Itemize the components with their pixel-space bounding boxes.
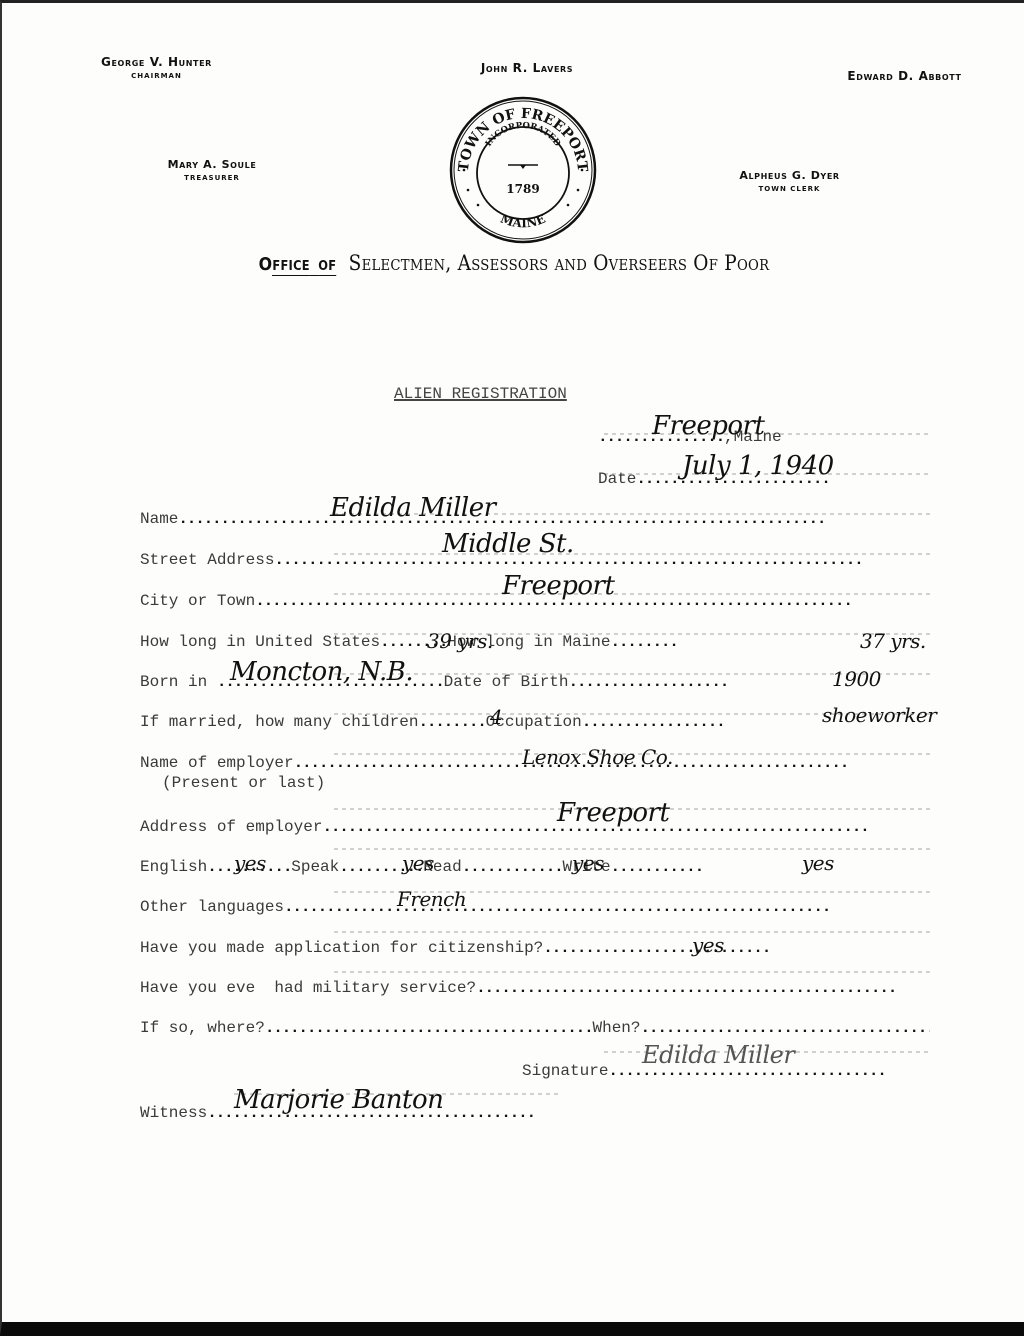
official-name: Mary A. Soule <box>147 158 277 171</box>
other-languages-value[interactable]: French <box>397 887 466 911</box>
employer-sublabel: (Present or last) <box>162 774 952 798</box>
date-value[interactable]: July 1, 1940 <box>682 451 834 481</box>
city-value[interactable]: Freeport <box>502 571 614 601</box>
english-value[interactable]: yes <box>234 851 266 875</box>
official-chairman: George V. Hunter Chairman <box>74 55 239 80</box>
field-label: How long in United States <box>140 633 380 651</box>
family-occupation-field[interactable]: If married, how many children........Occ… <box>140 713 930 737</box>
field-label: Other languages <box>140 898 284 916</box>
official-role: Town Clerk <box>712 185 867 193</box>
field-label: Street Address <box>140 551 274 569</box>
military-details-field[interactable]: If so, where?...........................… <box>140 1019 930 1043</box>
field-label: Date of Birth <box>444 673 569 691</box>
citizenship-field[interactable]: Have you made application for citizenshi… <box>140 939 930 963</box>
write-value[interactable]: yes <box>802 851 834 875</box>
field-label: When? <box>593 1019 641 1037</box>
field-label: Name of employer <box>140 754 294 772</box>
speak-value[interactable]: yes <box>402 851 434 875</box>
occupation-value[interactable]: shoeworker <box>822 703 936 727</box>
birthplace-value[interactable]: Moncton, N.B. <box>230 657 413 687</box>
official-name: George V. Hunter <box>74 55 239 69</box>
field-label: Have you eve had military service? <box>140 979 476 997</box>
date-of-birth-value[interactable]: 1900 <box>832 667 881 691</box>
other-languages-field[interactable]: Other languages.........................… <box>140 898 930 922</box>
field-label: If married, how many children <box>140 713 418 731</box>
official-member: Edward D. Abbott <box>817 69 992 83</box>
years-in-maine-value[interactable]: 37 yrs. <box>860 629 926 653</box>
field-label: City or Town <box>140 592 255 610</box>
town-field[interactable]: ...............,Maine <box>598 428 938 452</box>
citizenship-value[interactable]: yes <box>692 933 724 957</box>
field-label: Signature <box>522 1062 608 1080</box>
town-value[interactable]: Freeport <box>652 411 764 441</box>
field-label: English <box>140 858 207 876</box>
field-label: Name <box>140 510 178 528</box>
official-role: Treasurer <box>147 174 277 182</box>
name-value[interactable]: Edilda Miller <box>330 493 496 523</box>
years-in-us-value[interactable]: 39 yrs. <box>427 629 493 653</box>
official-treasurer: Mary A. Soule Treasurer <box>147 158 277 182</box>
official-name: Alpheus G. Dyer <box>712 169 867 182</box>
read-value[interactable]: yes <box>572 851 604 875</box>
field-label: If so, where? <box>140 1019 265 1037</box>
military-service-field[interactable]: Have you eve had military service?......… <box>140 979 930 1003</box>
children-value[interactable]: 4 <box>490 705 502 729</box>
employer-value[interactable]: Lenox Shoe Co. <box>522 745 673 769</box>
street-address-value[interactable]: Middle St. <box>442 529 574 559</box>
date-label: Date <box>598 470 636 488</box>
field-label: Speak <box>291 858 339 876</box>
svg-text:MAINE: MAINE <box>498 212 547 231</box>
field-label: Address of employer <box>140 818 322 836</box>
field-label: Have you made application for citizenshi… <box>140 939 543 957</box>
document-page: George V. Hunter Chairman John R. Lavers… <box>0 0 1024 1336</box>
witness-value[interactable]: Marjorie Banton <box>234 1085 443 1115</box>
official-member: John R. Lavers <box>452 61 602 75</box>
signature-value[interactable]: Edilda Miller <box>642 1041 794 1069</box>
official-role: Chairman <box>74 72 239 80</box>
town-seal-icon: TOWN OF FREEPORT INCORPORATED 1789 MAINE <box>448 95 598 245</box>
residence-duration-field[interactable]: How long in United States........How lon… <box>140 633 930 657</box>
field-label: Witness <box>140 1104 207 1122</box>
employer-address-field[interactable]: Address of employer.....................… <box>140 818 930 842</box>
field-label: Born in <box>140 673 207 691</box>
form-title: ALIEN REGISTRATION <box>394 385 567 403</box>
office-title: Selectmen, Assessors and Overseers Of Po… <box>349 251 770 275</box>
official-name: Edward D. Abbott <box>817 69 992 83</box>
official-name: John R. Lavers <box>452 61 602 75</box>
office-heading: OFFICE OF Selectmen, Assessors and Overs… <box>63 251 964 275</box>
svg-text:1789: 1789 <box>506 182 539 196</box>
employer-address-value[interactable]: Freeport <box>557 798 669 828</box>
official-town-clerk: Alpheus G. Dyer Town Clerk <box>712 169 867 193</box>
